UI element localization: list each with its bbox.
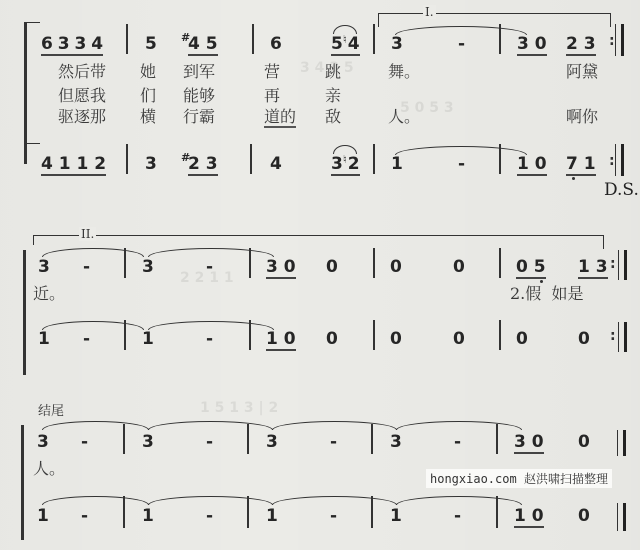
tie — [42, 248, 144, 257]
barline — [124, 248, 126, 278]
rest: 0 — [326, 258, 338, 276]
barline — [249, 248, 251, 278]
lyric: 营 — [264, 63, 280, 81]
rest: 0 — [390, 330, 402, 348]
note: 3 — [142, 258, 154, 276]
barline — [371, 496, 373, 528]
watermark-url: hongxiao.com — [430, 472, 517, 486]
volta-1-label: I. — [423, 5, 436, 19]
note: 3 — [266, 433, 278, 451]
note: 3 — [142, 433, 154, 451]
note-group: 3 0 — [514, 433, 544, 454]
volta-2-line — [33, 235, 603, 236]
bracket-hook — [26, 22, 40, 23]
lyric: 2.假 如是 — [510, 285, 583, 303]
note: 1 — [266, 507, 278, 525]
lyric: 们 — [140, 87, 156, 105]
note: 1 — [391, 155, 403, 173]
barline — [496, 424, 498, 454]
tie — [148, 421, 273, 430]
lower-octave-dot — [572, 177, 575, 180]
note-group: 3♮2 — [331, 155, 360, 176]
note-group: 4 1 1 2 — [41, 155, 106, 176]
dash: - — [206, 258, 213, 276]
lyric: 人。 — [33, 460, 65, 478]
note-group: 5♮4 — [331, 35, 360, 56]
system-bracket — [23, 250, 26, 375]
note: 5 — [145, 35, 157, 53]
barline — [499, 24, 501, 54]
tie — [148, 496, 273, 505]
lyric: 然后带 — [58, 63, 106, 81]
lyric: 阿黛 — [566, 63, 598, 81]
barline — [499, 144, 501, 174]
note-group: 3 0 — [517, 35, 547, 56]
lyric: 人。 — [388, 108, 420, 126]
repeat-barline — [618, 322, 627, 352]
dash: - — [330, 433, 337, 451]
repeat-barline — [618, 250, 627, 280]
repeat-barline — [615, 144, 624, 176]
note-group: 1 0 — [266, 330, 296, 351]
system-bracket — [21, 425, 24, 540]
watermark: hongxiao.com 赵洪啸扫描整理 — [426, 469, 612, 488]
lower-octave-dot — [540, 280, 543, 283]
barline — [252, 24, 254, 54]
dash: - — [458, 35, 465, 53]
barline — [123, 496, 125, 528]
note: 3 — [38, 258, 50, 276]
volta-1-left — [378, 13, 379, 27]
dash: - — [81, 433, 88, 451]
lyric: 舞。 — [388, 63, 420, 81]
barline — [247, 496, 249, 528]
coda-label: 结尾 — [38, 400, 64, 419]
note: 1 — [142, 330, 154, 348]
lyric: 到军 — [183, 63, 215, 81]
lyric: 跳 — [325, 63, 341, 81]
natural-accidental: ♮ — [343, 153, 347, 166]
lyric: 但愿我 — [58, 87, 106, 105]
lyric: 敌 — [325, 108, 341, 126]
barline — [373, 144, 375, 174]
repeat-barline — [615, 24, 624, 56]
barline — [499, 248, 501, 278]
barline — [126, 24, 128, 54]
lyric: 横 — [140, 108, 156, 126]
lyric: 近。 — [33, 285, 65, 303]
note: 1 — [142, 507, 154, 525]
barline — [371, 424, 373, 454]
dash: - — [81, 507, 88, 525]
tie — [272, 421, 397, 430]
final-barline — [617, 430, 626, 456]
note: 1 — [37, 507, 49, 525]
repeat-colon: : — [610, 256, 616, 272]
rest: 0 — [578, 507, 590, 525]
note-group: 1 3 — [578, 258, 608, 279]
barline — [373, 248, 375, 278]
barline — [249, 320, 251, 350]
barline — [250, 144, 252, 174]
repeat-colon: : — [609, 33, 615, 49]
note: 4 — [270, 155, 282, 173]
volta-2-label: II. — [79, 227, 96, 241]
note: 3 — [391, 35, 403, 53]
volta-1-line — [378, 13, 610, 14]
note-group: 1 0 — [517, 155, 547, 176]
tie — [396, 496, 522, 505]
bracket-hook — [26, 143, 40, 144]
lyric: 啊你 — [566, 108, 598, 126]
note: 1 — [38, 330, 50, 348]
watermark-text: 赵洪啸扫描整理 — [524, 472, 608, 486]
dal-segno-marking: D.S. — [604, 180, 639, 200]
note-group: 6 3 3 4 — [41, 35, 103, 56]
rest: 0 — [453, 258, 465, 276]
tie — [42, 496, 149, 505]
lyric: 她 — [140, 63, 156, 81]
tie — [42, 421, 149, 430]
bleed-through-mark: 1 5 1 3 | 2 — [200, 400, 278, 416]
rest: 0 — [516, 330, 528, 348]
note: 3 — [145, 155, 157, 173]
note-group: 7 1 — [566, 155, 596, 176]
barline — [373, 24, 375, 54]
rest: 0 — [578, 433, 590, 451]
volta-2-left — [33, 235, 34, 245]
repeat-colon: : — [609, 153, 615, 169]
lyric: 再 — [264, 87, 280, 105]
note-group: 4 5 — [188, 35, 218, 56]
note-group: 1 0 — [514, 507, 544, 528]
barline — [373, 320, 375, 350]
barline — [124, 320, 126, 350]
tie — [148, 248, 274, 257]
note-group: 3 0 — [266, 258, 296, 279]
lyric: 行霸 — [183, 108, 215, 126]
note: 3 — [390, 433, 402, 451]
volta-2-right — [603, 235, 604, 249]
note-group: 2 3 — [188, 155, 218, 176]
barline — [123, 424, 125, 454]
barline — [126, 144, 128, 174]
repeat-colon: : — [610, 328, 616, 344]
lyric: 道的 — [264, 108, 296, 128]
dash: - — [83, 258, 90, 276]
natural-accidental: ♮ — [343, 33, 347, 46]
rest: 0 — [326, 330, 338, 348]
tie — [42, 321, 144, 330]
note-group: 0 5 — [516, 258, 546, 279]
dash: - — [206, 507, 213, 525]
lyric: 亲 — [325, 87, 341, 105]
dash: - — [330, 507, 337, 525]
dash: - — [83, 330, 90, 348]
dash: - — [206, 330, 213, 348]
note: 3 — [37, 433, 49, 451]
sheet-music-page: 3 4 3 5 5 0 5 3 2 2 1 1 1 5 1 3 | 2 I. 6… — [0, 0, 640, 550]
dash: - — [458, 155, 465, 173]
dash: - — [206, 433, 213, 451]
rest: 0 — [578, 330, 590, 348]
note: 6 — [270, 35, 282, 53]
note-group: 2 3 — [566, 35, 596, 56]
dash: - — [454, 507, 461, 525]
dash: - — [454, 433, 461, 451]
barline — [496, 496, 498, 528]
rest: 0 — [453, 330, 465, 348]
note: 1 — [390, 507, 402, 525]
barline — [499, 320, 501, 350]
barline — [247, 424, 249, 454]
volta-1-right — [610, 13, 611, 27]
tie — [272, 496, 397, 505]
lyric: 能够 — [183, 87, 215, 105]
tie — [396, 421, 522, 430]
lyric: 驱逐那 — [58, 108, 106, 126]
rest: 0 — [390, 258, 402, 276]
final-barline — [617, 503, 626, 531]
